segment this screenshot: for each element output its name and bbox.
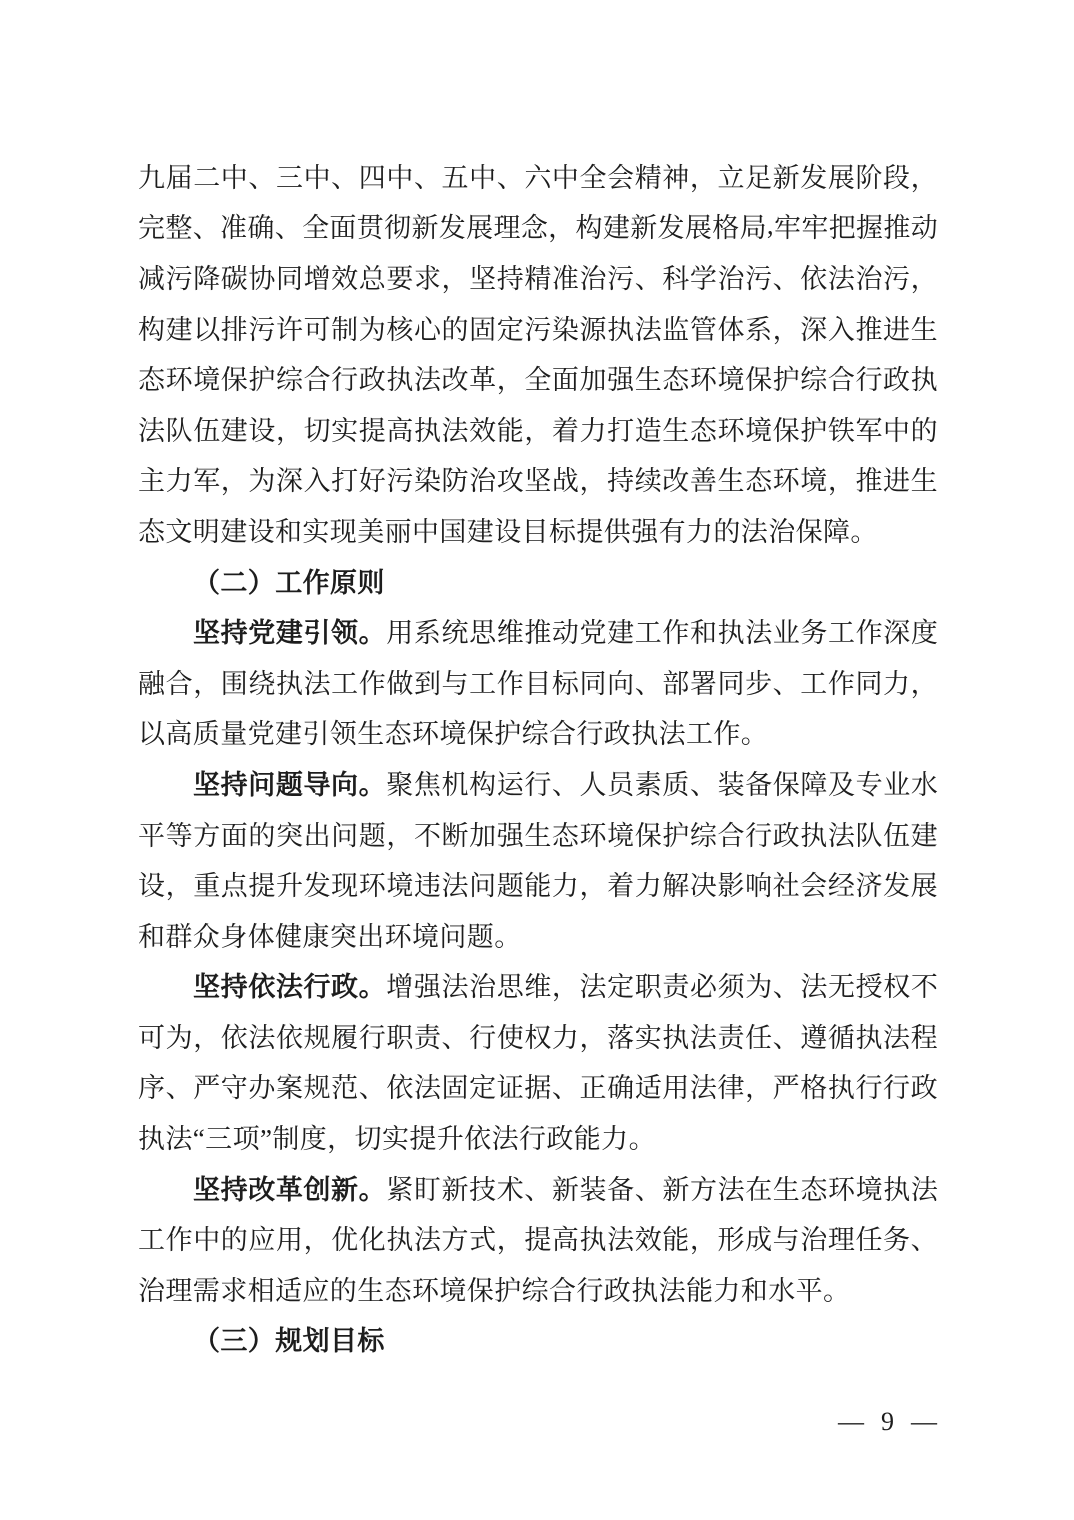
text-line: 设，重点提升发现环境违法问题能力，着力解决影响社会经济发展 (138, 858, 938, 909)
text-line: 坚持依法行政。增强法治思维，法定职责必须为、法无授权不 (138, 960, 938, 1011)
text-line: 工作中的应用，优化执法方式，提高执法效能，形成与治理任务、 (138, 1212, 938, 1263)
text-line: 坚持党建引领。用系统思维推动党建工作和执法业务工作深度 (138, 605, 938, 656)
page-number: — 9 — (838, 1402, 937, 1442)
page-number-left-dash: — (838, 1407, 864, 1437)
document-body: 九届二中、三中、四中、五中、六中全会精神，立足新发展阶段，完整、准确、全面贯彻新… (138, 150, 938, 1364)
text-line: （三）规划目标 (138, 1314, 938, 1365)
text-line: 主力军，为深入打好污染防治攻坚战，持续改善生态环境，推进生 (138, 454, 938, 505)
text-line: （二）工作原则 (138, 555, 938, 606)
text-line: 态环境保护综合行政执法改革，全面加强生态环境保护综合行政执 (138, 352, 938, 403)
text-line: 完整、准确、全面贯彻新发展理念，构建新发展格局,牢牢把握推动 (138, 201, 938, 252)
page-number-right-dash: — (911, 1407, 937, 1437)
text-line: 态文明建设和实现美丽中国建设目标提供强有力的法治保障。 (138, 504, 938, 555)
text-line: 序、严守办案规范、依法固定证据、正确适用法律，严格执行行政 (138, 1061, 938, 1112)
text-line: 融合，围绕执法工作做到与工作目标同向、部署同步、工作同力， (138, 656, 938, 707)
text-line: 和群众身体健康突出环境问题。 (138, 909, 938, 960)
page-number-value: 9 (881, 1407, 894, 1437)
document-page: 九届二中、三中、四中、五中、六中全会精神，立足新发展阶段，完整、准确、全面贯彻新… (0, 0, 1074, 1520)
text-line: 可为，依法依规履行职责、行使权力，落实执法责任、遵循执法程 (138, 1010, 938, 1061)
text-line: 法队伍建设，切实提高执法效能，着力打造生态环境保护铁军中的 (138, 403, 938, 454)
text-line: 坚持改革创新。紧盯新技术、新装备、新方法在生态环境执法 (138, 1162, 938, 1213)
text-line: 坚持问题导向。聚焦机构运行、人员素质、装备保障及专业水 (138, 757, 938, 808)
text-line: 构建以排污许可制为核心的固定污染源执法监管体系，深入推进生 (138, 302, 938, 353)
text-line: 以高质量党建引领生态环境保护综合行政执法工作。 (138, 707, 938, 758)
text-line: 平等方面的突出问题，不断加强生态环境保护综合行政执法队伍建 (138, 808, 938, 859)
text-line: 治理需求相适应的生态环境保护综合行政执法能力和水平。 (138, 1263, 938, 1314)
text-line: 执法“三项”制度，切实提升依法行政能力。 (138, 1111, 938, 1162)
text-line: 九届二中、三中、四中、五中、六中全会精神，立足新发展阶段， (138, 150, 938, 201)
text-line: 减污降碳协同增效总要求，坚持精准治污、科学治污、依法治污， (138, 251, 938, 302)
